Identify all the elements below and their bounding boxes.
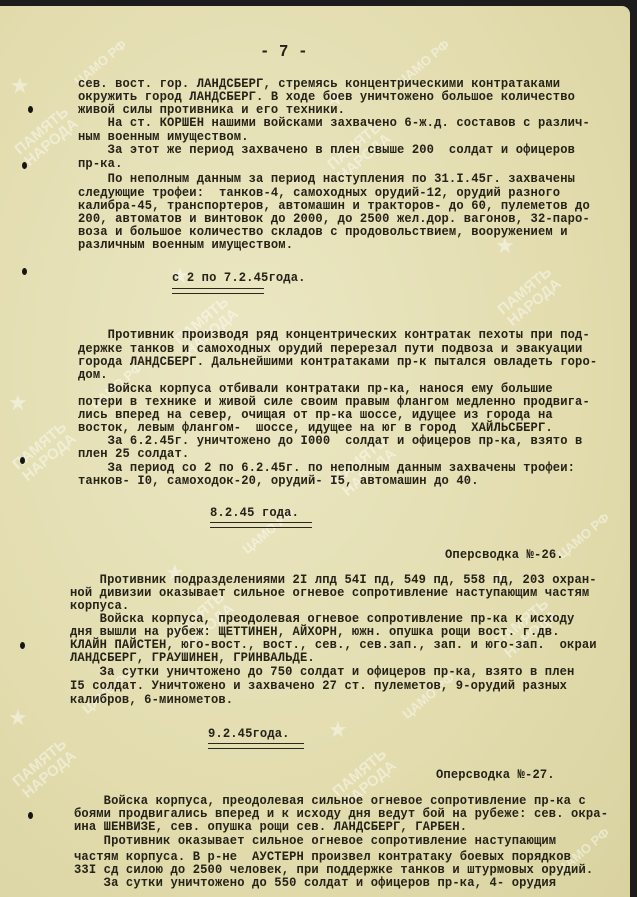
watermark-line: ПАМЯТЬ [494, 264, 555, 319]
watermark-pamyat-naroda: ПАМЯТЬ НАРОДА [10, 419, 79, 484]
heading-underline [208, 743, 304, 749]
binder-hole [28, 106, 33, 113]
watermark-line: ПАМЯТЬ [11, 104, 72, 159]
section-heading: с 2 по 7.2.45года. [172, 271, 306, 285]
text-line: По неполным данным за период наступления… [78, 172, 575, 186]
text-line: ной дивизии оказывает сильное огневое со… [70, 586, 589, 600]
document-page: ★ ПАМЯТЬ НАРОДА ЦАМО РФ ЦАМО РФ ★ ПАМЯТЬ… [0, 6, 630, 897]
text-line: За сутки уничтожено до 550 солдат и офиц… [74, 876, 556, 890]
section-heading: 9.2.45года. [208, 727, 290, 741]
binder-hole [20, 457, 25, 464]
text-line: танков- I0, самоходок-20, орудий- I5, ав… [78, 474, 479, 488]
watermark-line: ПАМЯТЬ [9, 736, 70, 791]
svodka-number: Оперсводка №-27. [436, 768, 555, 782]
binder-hole [22, 162, 27, 169]
star-watermark-icon: ★ [8, 706, 28, 731]
text-line: дом. [78, 368, 108, 382]
page-number: - 7 - [260, 46, 308, 60]
text-line: ина ШЕНВИЗЕ, сев. опушка рощи сев. ЛАНДС… [74, 820, 467, 834]
watermark-pamyat-naroda: ПАМЯТЬ НАРОДА [10, 736, 79, 801]
watermark-pamyat-naroda: ПАМЯТЬ НАРОДА [12, 104, 81, 169]
text-line: За сутки уничтожено до 750 солдат и офиц… [70, 665, 574, 679]
watermark-line: НАРОДА [19, 747, 79, 801]
text-line: плен 25 солдат. [78, 447, 189, 461]
text-line: Противник производя ряд концентрических … [78, 328, 590, 342]
watermark-line: НАРОДА [504, 275, 564, 329]
text-line: На ст. КОРШЕН нашими войсками захвачено … [78, 116, 590, 130]
text-line: ЛАНДСБЕРГ, ГРАУШИНЕН, ГРИНВАЛЬДЕ. [70, 651, 315, 665]
watermark-line: НАРОДА [19, 430, 79, 484]
star-watermark-icon: ★ [8, 391, 28, 416]
section-heading: 8.2.45 года. [210, 506, 299, 520]
binder-hole [22, 268, 27, 275]
binder-hole [20, 642, 25, 649]
text-line: пр-ка. [78, 157, 123, 171]
text-line: различным военным имуществом. [78, 238, 293, 252]
heading-underline [210, 522, 312, 528]
star-watermark-icon: ★ [328, 718, 348, 743]
heading-underline [172, 288, 264, 294]
text-line: города ЛАНДСБЕРГ. Дальнейшими контратака… [78, 355, 597, 369]
watermark-line: ПАМЯТЬ [9, 419, 70, 474]
text-line: Противник оказывает сильное огневое сопр… [74, 834, 556, 848]
binder-hole [28, 812, 33, 819]
text-line: калибров, 6-минометов. [70, 693, 233, 707]
svodka-number: Оперсводка №-26. [445, 548, 564, 562]
text-line: За этот же период захвачено в плен свыше… [78, 143, 575, 157]
star-watermark-icon: ★ [10, 74, 30, 99]
text-line: I5 солдат. Уничтожено и захвачено 27 ст.… [70, 679, 567, 693]
watermark-pamyat-naroda: ПАМЯТЬ НАРОДА [495, 264, 564, 329]
watermark-line: НАРОДА [21, 115, 81, 169]
